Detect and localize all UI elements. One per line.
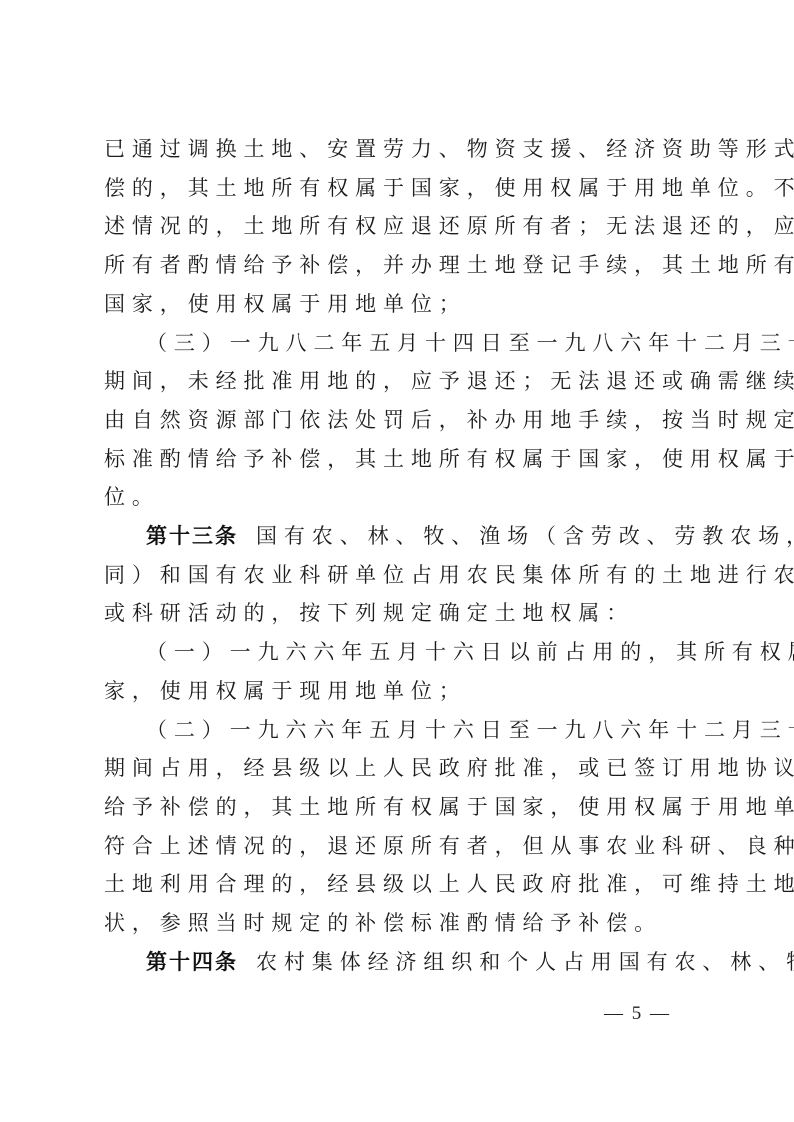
article-14-text: 农村集体经济组织和个人占用国有农、林、牧、 [256, 950, 794, 974]
text-line: 期间，未经批准用地的，应予退还；无法退还或确需继续使用的， [104, 362, 794, 401]
article-14-heading: 第十四条 [146, 950, 238, 974]
text-line: 国家，使用权属于用地单位； [104, 285, 467, 324]
clause-2-start: （二）一九六六年五月十六日至一九八六年十二月三十一日 [146, 711, 794, 750]
article-13-heading: 第十三条 [146, 524, 238, 548]
text-line: 所有者酌情给予补偿，并办理土地登记手续，其土地所有权属于 [104, 246, 794, 285]
article-13-text: 国有农、林、牧、渔场（含劳改、劳教农场，下 [256, 524, 794, 548]
text-line: 给予补偿的，其土地所有权属于国家，使用权属于用地单位。不 [104, 788, 794, 827]
document-page: 已通过调换土地、安置劳力、物资支援、经济资助等形式作了补 偿的，其土地所有权属于… [0, 0, 794, 1122]
text-line: 由自然资源部门依法处罚后，补办用地手续，按当时规定的补偿 [104, 401, 794, 440]
article-14: 第十四条农村集体经济组织和个人占用国有农、林、牧、 [146, 943, 794, 982]
text-line: 符合上述情况的，退还原所有者，但从事农业科研、良种培育且 [104, 827, 794, 866]
text-line: 偿的，其土地所有权属于国家，使用权属于用地单位。不符合上 [104, 169, 794, 208]
text-line: 位。 [104, 478, 160, 517]
text-line: 同）和国有农业科研单位占用农民集体所有的土地进行农业生产 [104, 556, 794, 595]
clause-3-start: （三）一九八二年五月十四日至一九八六年十二月三十一日 [146, 324, 794, 363]
text-line: 已通过调换土地、安置劳力、物资支援、经济资助等形式作了补 [104, 130, 794, 169]
text-line: 标准酌情给予补偿，其土地所有权属于国家，使用权属于用地单 [104, 440, 794, 479]
page-number: — 5 — [604, 1000, 671, 1028]
text-line: 家，使用权属于现用地单位； [104, 672, 467, 711]
text-line: 状，参照当时规定的补偿标准酌情给予补偿。 [104, 904, 662, 943]
text-line: 述情况的，土地所有权应退还原所有者；无法退还的，应当对原 [104, 207, 794, 246]
article-13: 第十三条国有农、林、牧、渔场（含劳改、劳教农场，下 [146, 517, 794, 556]
text-line: 或科研活动的，按下列规定确定土地权属： [104, 594, 634, 633]
clause-1-start: （一）一九六六年五月十六日以前占用的，其所有权属于国 [146, 633, 794, 672]
text-line: 土地利用合理的，经县级以上人民政府批准，可维持土地使用现 [104, 865, 794, 904]
text-line: 期间占用，经县级以上人民政府批准，或已签订用地协议，或已 [104, 749, 794, 788]
